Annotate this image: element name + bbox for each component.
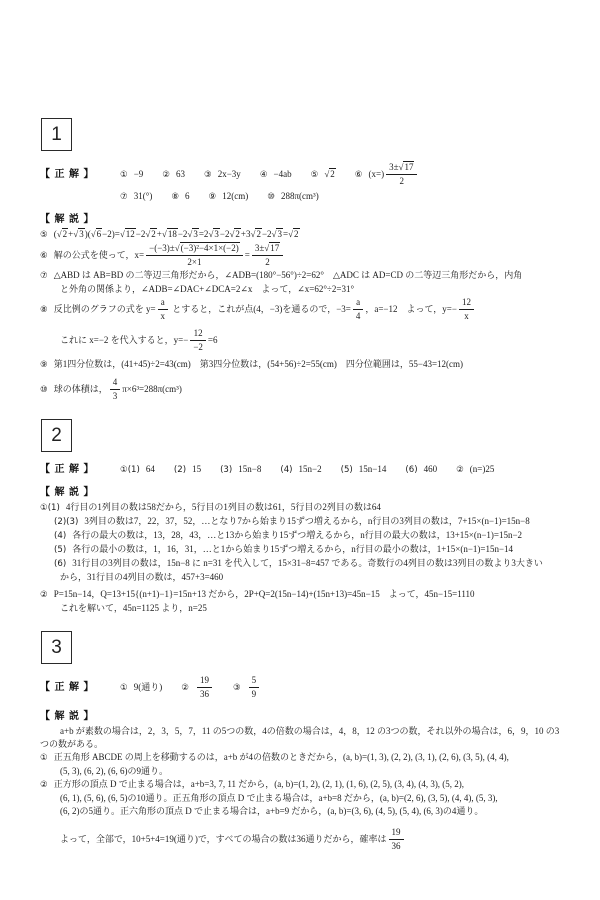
answer-number-marker: ⑤	[311, 170, 319, 180]
line-body: 反比例のグラフの式を y=ax とすると，これが点(4，−3)を通るので，−3=…	[54, 304, 476, 314]
sqrt-radical: √3	[187, 228, 198, 239]
answer-number-marker: ①	[120, 683, 128, 693]
math-text: よって，全部で，10+5+4=19(通り)で，すべての場合の数は36通りだから，…	[60, 834, 387, 844]
math-text: 15n−2	[299, 464, 322, 474]
line-body: (6, 2)の5通り。正六角形の頂点 D で止まる場合は，a+b=9 だから，(…	[60, 806, 483, 816]
math-text: 正方形の頂点 D で止まる場合は，a+b=3, 7, 11 だから，(a, b)…	[54, 779, 464, 789]
line-body: よって，全部で，10+5+4=19(通り)で，すべての場合の数は36通りだから，…	[60, 834, 406, 844]
math-text: 正五角形 ABCDE の周上を移動するのは，a+b が4の倍数のときだから，(a…	[54, 752, 509, 762]
sqrt-radical: √2	[145, 228, 156, 239]
sqrt-radical: √3	[272, 228, 283, 239]
answer-row: ⑦31(°)⑧6⑨12(cm)⑩288π(cm³)	[40, 189, 572, 204]
line-body: と外角の関係より，∠ADB=∠DAC+∠DCA=2∠x よって，∠x=62°÷2…	[60, 284, 354, 294]
answer-item: ③59	[233, 682, 261, 692]
answer-value: 9(通り)	[134, 682, 163, 692]
answer-item: ⑦31(°)	[120, 191, 152, 201]
radicand: 12	[125, 228, 136, 239]
line-body: △ABD は AB=BD の二等辺三角形だから，∠ADB=(180°−56°)÷…	[54, 270, 523, 280]
answer-item: (4)15n−2	[280, 464, 321, 474]
fraction-numerator: 3±√17	[386, 162, 417, 175]
answer-row: 【 正 解 】①(1)64(2)15(3)15n−8(4)15n−2(5)15n…	[40, 462, 572, 477]
fraction-denominator: −2	[190, 341, 206, 353]
answer-value: 63	[176, 169, 185, 179]
fraction: 12−2	[190, 328, 206, 353]
answer-item: ⑥(x=)3±√172	[355, 169, 420, 179]
section-number-box: 3	[41, 631, 72, 664]
answer-number-marker: (2)	[174, 465, 186, 475]
answer-number-marker: (4)	[280, 465, 292, 475]
math-text: 6	[185, 191, 190, 201]
line-body: 正方形の頂点 D で止まる場合は，a+b=3, 7, 11 だから，(a, b)…	[54, 779, 464, 789]
explanation-line: ①(1)4行目の1列目の数は58だから，5行目の1列目の数は61，5行目の2列目…	[40, 501, 572, 515]
answer-number-marker: ⑦	[120, 192, 128, 202]
math-text: 各行の最大の数は，13，28，43，…と13から始まり15ずつ増えるから，n行目…	[72, 530, 522, 540]
answer-number-marker: ⑥	[355, 170, 363, 180]
explanation-line: ①正五角形 ABCDE の周上を移動するのは，a+b が4の倍数のときだから，(…	[40, 751, 572, 765]
sqrt-radical: √17	[399, 161, 415, 172]
radicand: 2	[293, 228, 300, 239]
explanation-line: (5, 3), (6, 2), (6, 6)の9通り。	[60, 765, 572, 778]
fraction-numerator: 19	[197, 675, 212, 688]
answer-item: ⑩288π(cm³)	[267, 191, 318, 201]
line-marker: ⑤	[40, 230, 48, 240]
math-text: −(−3)±	[149, 243, 175, 253]
line-marker: ⑥	[40, 251, 48, 261]
math-text: =2	[199, 229, 209, 239]
sqrt-radical: √2	[288, 228, 299, 239]
math-text: (6, 2)の5通り。正六角形の頂点 D で止まる場合は，a+b=9 だから，(…	[60, 806, 483, 816]
answer-number-marker: ②	[162, 170, 170, 180]
fraction-denominator: x	[459, 310, 474, 322]
answer-value: 59	[247, 682, 262, 692]
answer-value: (x=)3±√172	[369, 169, 420, 179]
line-body: P=15n−14，Q=13+15{(n+1)−1}=15n+13 だから，2P+…	[54, 589, 475, 599]
line-body: つの数がある。	[40, 739, 103, 749]
line-marker: ①	[40, 753, 48, 763]
explanation-label: 【 解 説 】	[40, 707, 572, 722]
explanation-line: ⑦△ABD は AB=BD の二等辺三角形だから，∠ADB=(180°−56°)…	[40, 269, 572, 283]
line-body: (5, 3), (6, 2), (6, 6)の9通り。	[60, 766, 168, 776]
fraction: 1936	[389, 827, 404, 852]
math-text: 9	[252, 689, 257, 699]
math-text: (5, 3), (6, 2), (6, 6)の9通り。	[60, 766, 168, 776]
line-body: 3列目の数は7，22，37，52，…となり7から始まり15ずつ増えるから，n行目…	[84, 516, 529, 526]
math-text: −2	[178, 229, 188, 239]
math-text: から，31行目の4列目の数は，457+3=460	[60, 572, 223, 582]
line-marker: ⑦	[40, 271, 48, 281]
fraction-denominator: x	[158, 310, 169, 322]
explanation-line: と外角の関係より，∠ADB=∠DAC+∠DCA=2∠x よって，∠x=62°÷2…	[60, 283, 572, 296]
line-body: (√2+√3)(√6−2)=√12−2√2+√18−2√3=2√3−2√2+3√…	[54, 228, 300, 239]
fraction-numerator: a	[158, 297, 169, 310]
fraction-numerator: 5	[249, 675, 260, 688]
answer-value: 15n−14	[359, 464, 387, 474]
sqrt-radical: √3	[73, 228, 84, 239]
answer-value: 288π(cm³)	[281, 191, 319, 201]
math-text: 4行目の1列目の数は58だから，5行目の1列目の数は61，5行目の2列目の数は6…	[66, 502, 381, 512]
line-body: これに x=−2 を代入すると，y=−12−2=6	[60, 335, 217, 345]
math-text: a	[161, 297, 165, 307]
answer-item: ⑤√2	[311, 169, 336, 179]
line-marker: ⑩	[40, 385, 48, 395]
math-text: −9	[134, 169, 144, 179]
fraction-denominator: 2	[252, 256, 283, 268]
answer-item: ②(n=)25	[456, 464, 494, 474]
math-text: (n=)25	[470, 464, 495, 474]
explanation-line: ⑨第1四分位数は，(41+45)÷2=43(cm) 第3四分位数は，(54+56…	[40, 358, 572, 372]
explanation-line: よって，全部で，10+5+4=19(通り)で，すべての場合の数は36通りだから，…	[60, 826, 572, 853]
section-1: 1【 正 解 】①−9②63③2x−3y④−4ab⑤√2⑥(x=)3±√172⑦…	[40, 118, 572, 403]
math-text: 各行の最小の数は，1，16，31，…と1から始まり15ずつ増えるから，n行目の最…	[72, 544, 513, 554]
fraction: 3±√172	[252, 243, 283, 268]
explanation-line: (6, 2)の5通り。正六角形の頂点 D で止まる場合は，a+b=9 だから，(…	[60, 805, 572, 818]
math-text: +3	[241, 229, 251, 239]
correct-answer-label: 【 正 解 】	[40, 463, 120, 477]
line-body: 31行目の3列目の数は，15n−8 に n=31 を代入して，15×31−8=4…	[72, 558, 543, 568]
fraction-numerator: a	[353, 297, 364, 310]
math-text: 64	[146, 464, 155, 474]
math-text: 15	[192, 464, 201, 474]
math-text: △ABD は AB=BD の二等辺三角形だから，∠ADB=(180°−56°)÷…	[54, 270, 523, 280]
line-marker: (2)(3)	[54, 517, 78, 527]
math-text: P=15n−14，Q=13+15{(n+1)−1}=15n+13 だから，2P+…	[54, 589, 475, 599]
sqrt-radical: √3	[208, 228, 219, 239]
math-text: ，a=−12 よって，y=−	[365, 304, 457, 314]
math-text: 2	[400, 176, 405, 186]
radicand: 17	[403, 161, 414, 172]
answer-item: ⑧6	[171, 191, 189, 201]
line-body: から，31行目の4列目の数は，457+3=460	[60, 572, 223, 582]
answer-value: 2x−3y	[218, 169, 241, 179]
math-text: (6, 1), (5, 6), (6, 5)の10通り。正五角形の頂点 D で止…	[60, 793, 498, 803]
fraction: a4	[353, 297, 364, 322]
answer-value: 1936	[195, 682, 214, 692]
answer-number-marker: ②	[181, 683, 189, 693]
answer-value: 12(cm)	[222, 191, 248, 201]
math-text: 15n−8	[238, 464, 261, 474]
math-text: −2	[262, 229, 272, 239]
explanation-line: ②正方形の頂点 D で止まる場合は，a+b=3, 7, 11 だから，(a, b…	[40, 778, 572, 792]
math-text: 460	[424, 464, 438, 474]
explanation-line: (4)各行の最大の数は，13，28，43，…と13から始まり15ずつ増えるから，…	[54, 529, 572, 543]
line-body: これを解いて，45n=1125 より，n=25	[60, 603, 207, 613]
fraction-denominator: 2	[386, 175, 417, 187]
fraction-numerator: 12	[190, 328, 206, 341]
math-text: と外角の関係より，∠ADB=∠DAC+∠DCA=2∠x よって，∠x=62°÷2…	[60, 284, 354, 294]
math-text: 第1四分位数は，(41+45)÷2=43(cm) 第3四分位数は，(54+56)…	[54, 359, 463, 369]
line-marker: ①(1)	[40, 503, 60, 513]
explanation-label: 【 解 説 】	[40, 210, 572, 225]
fraction: ax	[158, 297, 169, 322]
answer-value: 64	[146, 464, 155, 474]
answer-value: −4ab	[274, 169, 292, 179]
math-text: 9(通り)	[134, 682, 163, 692]
sqrt-radical: √12	[120, 228, 136, 239]
line-body: 各行の最大の数は，13，28，43，…と13から始まり15ずつ増えるから，n行目…	[72, 530, 522, 540]
answer-value: −9	[134, 169, 144, 179]
explanation-line: (2)(3)3列目の数は7，22，37，52，…となり7から始まり15ずつ増える…	[54, 515, 572, 529]
answer-number-marker: ⑧	[171, 192, 179, 202]
fraction-numerator: 4	[110, 377, 121, 390]
correct-answer-label: 【 正 解 】	[40, 168, 120, 182]
explanation-line: これに x=−2 を代入すると，y=−12−2=6	[60, 327, 572, 354]
line-marker: (5)	[54, 545, 66, 555]
explanation-line: (6)31行目の3列目の数は，15n−8 に n=31 を代入して，15×31−…	[54, 557, 572, 571]
math-text: a+b が素数の場合は，2，3，5，7，11 の5つの数，4の倍数の場合は，4，…	[60, 726, 559, 736]
math-text: 反比例のグラフの式を y=	[54, 304, 156, 314]
fraction-denominator: 36	[389, 840, 404, 852]
line-body: 球の体積は，43π×6³=288π(cm³)	[54, 384, 182, 394]
line-marker: ⑨	[40, 360, 48, 370]
explanation-line: これを解いて，45n=1125 より，n=25	[60, 602, 572, 615]
math-text: =6	[208, 335, 218, 345]
line-body: 4行目の1列目の数は58だから，5行目の1列目の数は61，5行目の2列目の数は6…	[66, 502, 381, 512]
sqrt-radical: √17	[264, 242, 280, 253]
line-body: 各行の最小の数は，1，16，31，…と1から始まり15ずつ増えるから，n行目の最…	[72, 544, 513, 554]
answer-value: 6	[185, 191, 190, 201]
math-text: これに x=−2 を代入すると，y=−	[60, 335, 188, 345]
explanation-line: ⑧反比例のグラフの式を y=ax とすると，これが点(4，−3)を通るので，−3…	[40, 296, 572, 323]
line-marker: (6)	[54, 559, 66, 569]
radicand: 17	[269, 242, 280, 253]
math-text: 15n−14	[359, 464, 387, 474]
radical-sign-icon: √	[91, 229, 96, 239]
sqrt-radical: √2	[251, 228, 262, 239]
math-text: =	[245, 250, 250, 260]
fraction-numerator: 12	[459, 297, 474, 310]
answer-number-marker: (3)	[220, 465, 232, 475]
answer-item: ②63	[162, 169, 185, 179]
math-text: 12(cm)	[222, 191, 248, 201]
answer-row: 【 正 解 】①9(通り)②1936③59	[40, 674, 572, 701]
line-marker: (4)	[54, 531, 66, 541]
fraction-denominator: 4	[353, 310, 364, 322]
answer-number-marker: (6)	[405, 465, 417, 475]
math-text: π×6³=288π(cm³)	[122, 384, 182, 394]
answer-item: ①9(通り)	[120, 682, 162, 692]
explanation-line: ⑩球の体積は，43π×6³=288π(cm³)	[40, 376, 572, 403]
answer-value: √2	[324, 168, 335, 179]
math-text: つの数がある。	[40, 739, 103, 749]
explanation-line: ⑤(√2+√3)(√6−2)=√12−2√2+√18−2√3=2√3−2√2+3…	[40, 228, 572, 242]
line-body: 第1四分位数は，(41+45)÷2=43(cm) 第3四分位数は，(54+56)…	[54, 359, 463, 369]
fraction: 1936	[197, 675, 212, 700]
fraction-denominator: 2×1	[146, 256, 243, 268]
explanation-line: (5)各行の最小の数は，1，16，31，…と1から始まり15ずつ増えるから，n行…	[54, 543, 572, 557]
math-text: とすると，これが点(4，−3)を通るので，−3=	[170, 304, 351, 314]
answer-number-marker: ⑩	[267, 192, 275, 202]
radicand: 18	[167, 228, 178, 239]
math-text: 3±	[255, 243, 264, 253]
math-text: −2	[136, 229, 146, 239]
answer-value: 31(°)	[134, 191, 153, 201]
math-text: 2	[265, 257, 270, 267]
math-text: 19	[200, 675, 209, 685]
math-text: 31行目の3列目の数は，15n−8 に n=31 を代入して，15×31−8=4…	[72, 558, 543, 568]
math-text: 3±	[389, 162, 398, 172]
sqrt-radical: √18	[162, 228, 178, 239]
fraction-denominator: 36	[197, 688, 212, 700]
radical-sign-icon: √	[57, 229, 62, 239]
math-text: 36	[392, 841, 401, 851]
section-number-box: 2	[41, 419, 72, 452]
math-text: 4	[356, 311, 361, 321]
answer-item: ①(1)64	[120, 464, 155, 474]
explanation-line: (6, 1), (5, 6), (6, 5)の10通り。正五角形の頂点 D で止…	[60, 792, 572, 805]
line-marker: ⑧	[40, 305, 48, 315]
math-text: 解の公式を使って，x=	[54, 250, 144, 260]
sqrt-radical: √2	[229, 228, 240, 239]
math-text: (x=)	[369, 169, 385, 179]
explanation-line: つの数がある。	[40, 738, 572, 751]
fraction-numerator: −(−3)±√(−3)²−4×1×(−2)	[146, 243, 243, 256]
answer-item: (5)15n−14	[341, 464, 387, 474]
math-text: 12	[194, 328, 203, 338]
math-text: 63	[176, 169, 185, 179]
section-3: 3【 正 解 】①9(通り)②1936③59【 解 説 】a+b が素数の場合は…	[40, 631, 572, 853]
math-text: 2x−3y	[218, 169, 241, 179]
math-text: 288π(cm³)	[281, 191, 319, 201]
answer-number-marker: ①(1)	[120, 465, 140, 475]
radicand: (−3)²−4×1×(−2)	[180, 242, 240, 253]
sqrt-radical: √2	[324, 168, 335, 179]
answer-number-marker: ④	[260, 170, 268, 180]
answer-number-marker: (5)	[341, 465, 353, 475]
radical-sign-icon: √	[175, 243, 180, 253]
math-text: 5	[252, 675, 257, 685]
answer-number-marker: ②	[456, 465, 464, 475]
line-marker: ②	[40, 590, 48, 600]
answer-number-marker: ③	[233, 683, 241, 693]
fraction-denominator: 3	[110, 390, 121, 402]
math-text: 2×1	[187, 257, 201, 267]
math-text: 19	[392, 827, 401, 837]
answer-key-document: 1【 正 解 】①−9②63③2x−3y④−4ab⑤√2⑥(x=)3±√172⑦…	[0, 0, 600, 853]
line-marker: ②	[40, 780, 48, 790]
fraction: 59	[249, 675, 260, 700]
section-number-box: 1	[41, 118, 72, 151]
math-text: a	[356, 297, 360, 307]
math-text: これを解いて，45n=1125 より，n=25	[60, 603, 207, 613]
fraction: 43	[110, 377, 121, 402]
section-2: 2【 正 解 】①(1)64(2)15(3)15n−8(4)15n−2(5)15…	[40, 419, 572, 615]
fraction: 3±√172	[386, 162, 417, 187]
fraction: −(−3)±√(−3)²−4×1×(−2)2×1	[146, 243, 243, 268]
fraction-numerator: 3±√17	[252, 243, 283, 256]
explanation-line: ②P=15n−14，Q=13+15{(n+1)−1}=15n+13 だから，2P…	[40, 588, 572, 602]
answer-item: ③2x−3y	[204, 169, 241, 179]
answer-number-marker: ①	[120, 170, 128, 180]
answer-item: ①−9	[120, 169, 143, 179]
fraction-denominator: 9	[249, 688, 260, 700]
fraction-numerator: 19	[389, 827, 404, 840]
fraction: 12x	[459, 297, 474, 322]
answer-item: ②1936	[181, 682, 214, 692]
explanation-line: から，31行目の4列目の数は，457+3=460	[60, 571, 572, 584]
answer-value: 15	[192, 464, 201, 474]
math-text: 3	[113, 391, 118, 401]
explanation-line: ⑥解の公式を使って，x=−(−3)±√(−3)²−4×1×(−2)2×1=3±√…	[40, 242, 572, 269]
answer-item: ④−4ab	[260, 169, 292, 179]
math-text: −4ab	[274, 169, 292, 179]
math-text: 球の体積は，	[54, 384, 108, 394]
math-text: 36	[200, 689, 209, 699]
sqrt-radical: √2	[57, 228, 68, 239]
line-body: a+b が素数の場合は，2，3，5，7，11 の5つの数，4の倍数の場合は，4，…	[60, 726, 559, 736]
radicand: 2	[329, 168, 336, 179]
answer-value: 15n−8	[238, 464, 261, 474]
answer-item: (3)15n−8	[220, 464, 261, 474]
math-text: 12	[462, 297, 471, 307]
answer-number-marker: ③	[204, 170, 212, 180]
math-text: 4	[113, 377, 118, 387]
explanation-label: 【 解 説 】	[40, 483, 572, 498]
correct-answer-label: 【 正 解 】	[40, 681, 120, 695]
line-body: 正五角形 ABCDE の周上を移動するのは，a+b が4の倍数のときだから，(a…	[54, 752, 509, 762]
answer-value: (n=)25	[470, 464, 495, 474]
answer-item: (2)15	[174, 464, 201, 474]
line-body: 解の公式を使って，x=−(−3)±√(−3)²−4×1×(−2)2×1=3±√1…	[54, 250, 286, 260]
sqrt-radical: √(−3)²−4×1×(−2)	[175, 242, 240, 253]
line-body: (6, 1), (5, 6), (6, 5)の10通り。正五角形の頂点 D で止…	[60, 793, 498, 803]
math-text: −2)=	[102, 229, 120, 239]
math-text: x	[161, 311, 166, 321]
answer-row: 【 正 解 】①−9②63③2x−3y④−4ab⑤√2⑥(x=)3±√172	[40, 161, 572, 188]
answer-value: 15n−2	[299, 464, 322, 474]
explanation-line: a+b が素数の場合は，2，3，5，7，11 の5つの数，4の倍数の場合は，4，…	[60, 725, 572, 738]
math-text: 3列目の数は7，22，37，52，…となり7から始まり15ずつ増えるから，n行目…	[84, 516, 529, 526]
math-text: x	[464, 311, 469, 321]
math-text: 31(°)	[134, 191, 153, 201]
math-text: −2	[193, 342, 203, 352]
answer-item: ⑨12(cm)	[209, 191, 249, 201]
answer-value: 460	[424, 464, 438, 474]
sqrt-radical: √6	[91, 228, 102, 239]
answer-number-marker: ⑨	[209, 192, 217, 202]
answer-item: (6)460	[405, 464, 437, 474]
